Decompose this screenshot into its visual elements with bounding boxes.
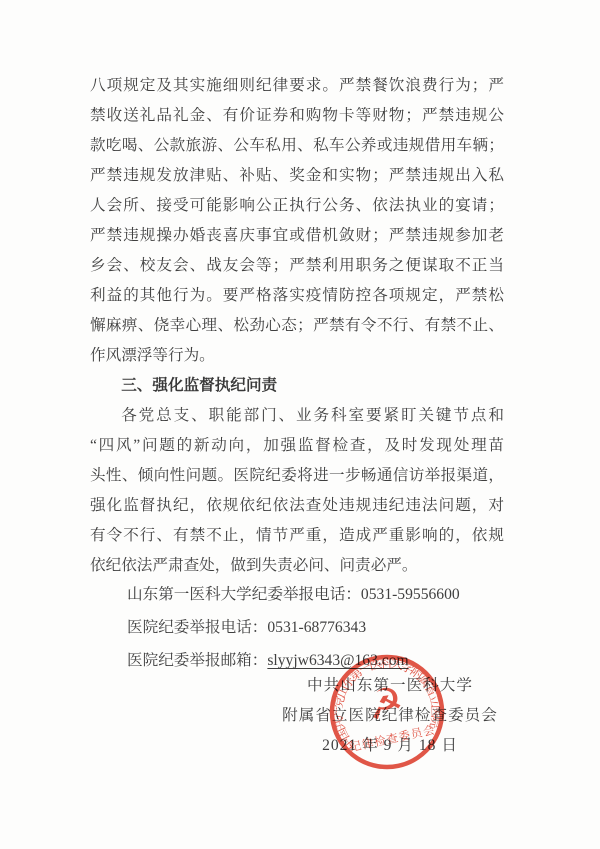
- signature-org-line1: 中共山东第一医科大学: [280, 671, 500, 701]
- paragraph-line: “四风”问题的新动向，加强监督检查，及时发现处理苗: [90, 431, 504, 461]
- contact-value: 0531-59556600: [361, 586, 460, 603]
- paragraph-line: 人会所、接受可能影响公正执行公务、依法执业的宴请；: [90, 191, 504, 221]
- document-page: 八项规定及其实施细则纪律要求。严禁餐饮浪费行为；严 禁收送礼品礼金、有价证券和购…: [0, 0, 600, 849]
- paragraph-line: 各党总支、职能部门、业务科室要紧盯关键节点和: [90, 401, 504, 431]
- signature-date: 2021 年 9 月 18 日: [280, 731, 500, 761]
- paragraph-line: 八项规定及其实施细则纪律要求。严禁餐饮浪费行为；严: [90, 71, 504, 101]
- paragraph-line: 懈麻痹、侥幸心理、松劲心态；严禁有令不行、有禁不止、: [90, 311, 504, 341]
- paragraph-line: 作风漂浮等行为。: [90, 341, 504, 371]
- paragraph-line: 严禁违规发放津贴、补贴、奖金和实物；严禁违规出入私: [90, 161, 504, 191]
- paragraph-line: 款吃喝、公款旅游、公车私用、私车公养或违规借用车辆；: [90, 131, 504, 161]
- contact-label: 医院纪委举报电话：: [127, 619, 267, 636]
- signature-block: 中共山东第一医科大学 附属省立医院纪律检查委员会 2021 年 9 月 18 日: [280, 671, 500, 761]
- report-contacts: 山东第一医科大学纪委举报电话：0531-59556600 医院纪委举报电话：05…: [127, 578, 460, 677]
- paragraph-line: 强化监督执纪，依规依纪依法查处违规违纪违法问题，对: [90, 491, 504, 521]
- paragraph-line: 严禁违规操办婚丧喜庆事宜或借机敛财；严禁违规参加老: [90, 221, 504, 251]
- signature-org-line2: 附属省立医院纪律检查委员会: [280, 701, 500, 731]
- university-report-phone: 山东第一医科大学纪委举报电话：0531-59556600: [127, 578, 460, 611]
- paragraph-line: 有令不行、有禁不止，情节严重，造成严重影响的，依规: [90, 521, 504, 551]
- paragraph-line: 利益的其他行为。要严格落实疫情防控各项规定，严禁松: [90, 281, 504, 311]
- body-text: 八项规定及其实施细则纪律要求。严禁餐饮浪费行为；严 禁收送礼品礼金、有价证券和购…: [90, 71, 504, 581]
- report-email-address: slyyjw6343@163.com: [267, 652, 408, 669]
- hospital-report-phone: 医院纪委举报电话：0531-68776343: [127, 611, 460, 644]
- paragraph-line: 头性、倾向性问题。医院纪委将进一步畅通信访举报渠道，: [90, 461, 504, 491]
- contact-label: 医院纪委举报邮箱：: [127, 652, 267, 669]
- contact-value: 0531-68776343: [267, 619, 366, 636]
- paragraph-line: 乡会、校友会、战友会等；严禁利用职务之便谋取不正当: [90, 251, 504, 281]
- paragraph-line: 禁收送礼品礼金、有价证券和购物卡等财物；严禁违规公: [90, 101, 504, 131]
- contact-label: 山东第一医科大学纪委举报电话：: [127, 586, 361, 603]
- paragraph-line: 依纪依法严肃查处，做到失责必问、问责必严。: [90, 551, 504, 581]
- section-heading: 三、强化监督执纪问责: [90, 371, 504, 401]
